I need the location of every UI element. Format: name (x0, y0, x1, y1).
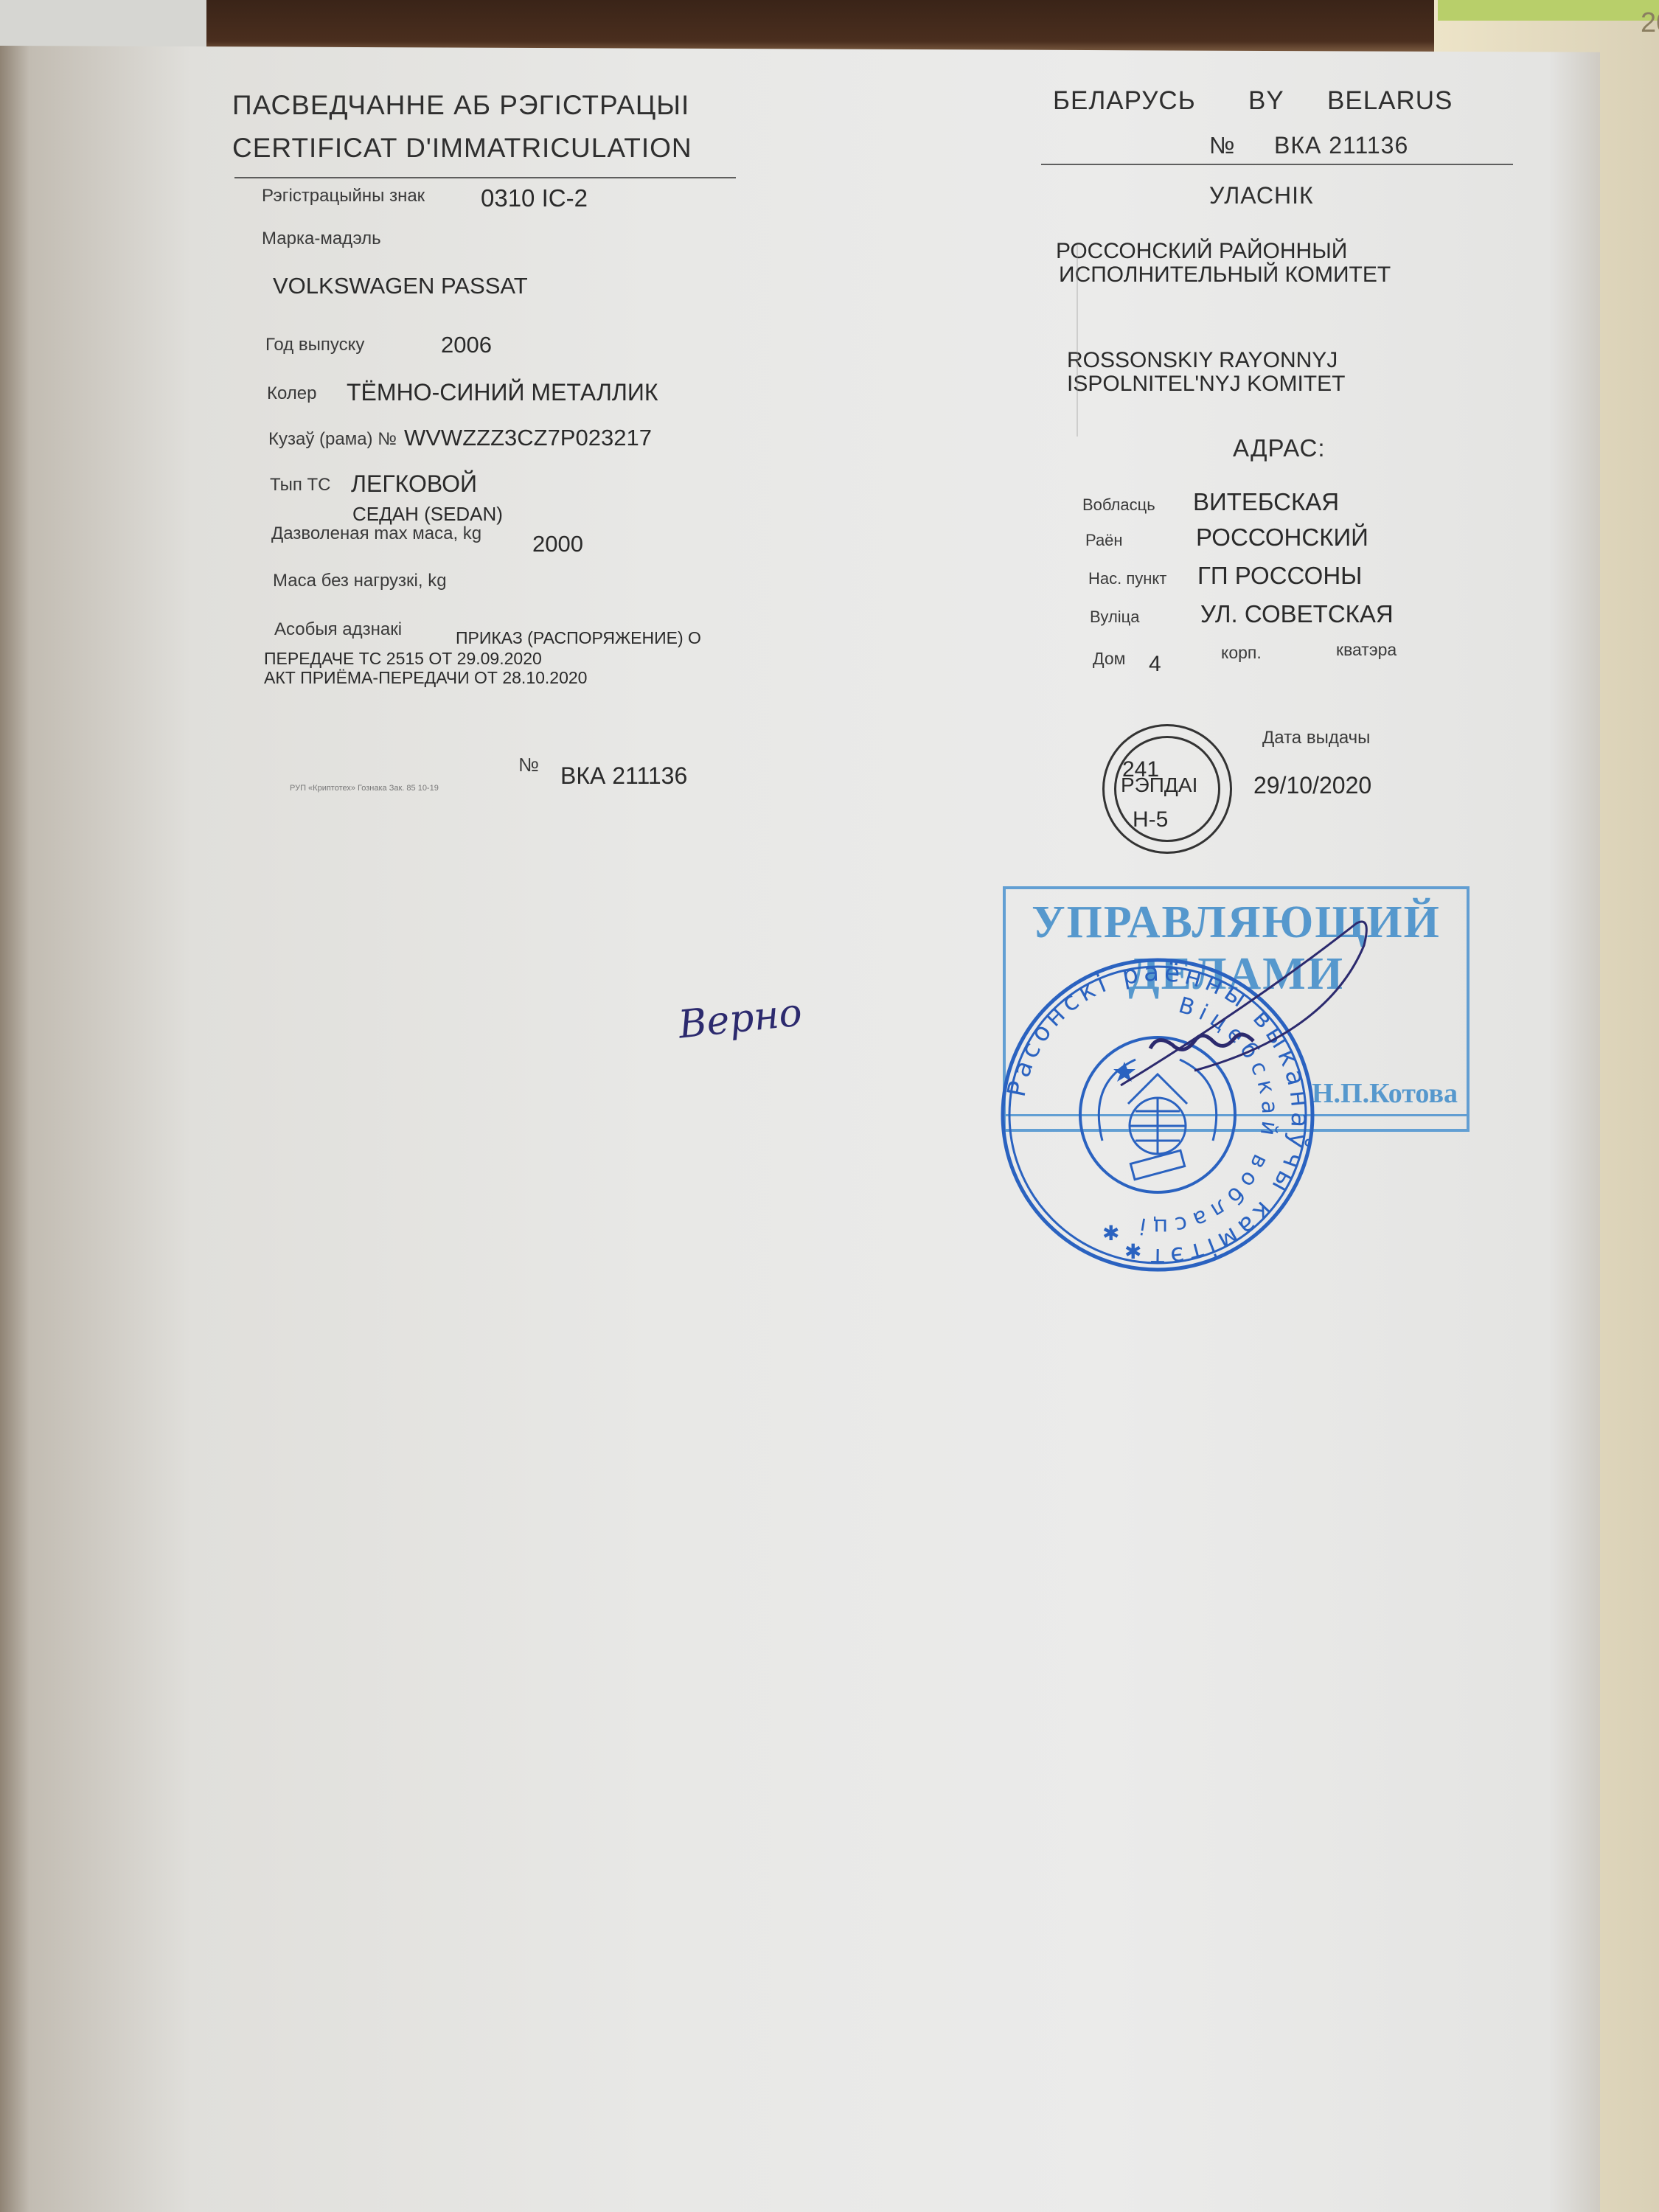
district-label: Раён (1085, 531, 1123, 550)
banknote-number: 20 (1641, 7, 1659, 39)
registry-stamp-office: РЭПДАІ (1121, 773, 1197, 797)
address-heading: АДРАС: (1233, 434, 1326, 462)
vehicle-type-value: ЛЕГКОВОЙ (351, 470, 477, 498)
issue-date-value: 29/10/2020 (1253, 772, 1371, 799)
house-value: 4 (1149, 652, 1161, 677)
seal-star-icon: ✱ (1102, 1222, 1119, 1245)
issue-date-label: Дата выдачы (1262, 728, 1370, 748)
wooden-table (206, 0, 1460, 52)
house-label: Дом (1093, 649, 1125, 669)
year-value: 2006 (441, 332, 492, 358)
building-label: корп. (1221, 643, 1262, 663)
page-crease (1077, 245, 1078, 437)
country-belarusian: БЕЛАРУСЬ (1053, 86, 1196, 116)
owner-name-ru-line-2: ИСПОЛНИТЕЛЬНЫЙ КОМИТЕТ (1059, 262, 1391, 288)
background-surface (0, 0, 214, 52)
street-value: УЛ. СОВЕТСКАЯ (1200, 600, 1394, 628)
footer-document-number: ВКА 211136 (560, 762, 687, 790)
banknote-strip (1438, 0, 1659, 21)
locality-label: Нас. пункт (1088, 569, 1166, 588)
registry-stamp-unit: Н-5 (1133, 807, 1168, 832)
registry-stamp: 241 РЭПДАІ Н-5 (1102, 724, 1232, 854)
vehicle-type-label: Тып ТС (270, 475, 331, 495)
reg-plate-value: 0310 IC-2 (481, 184, 588, 212)
color-label: Колер (267, 383, 317, 404)
country-code: BY (1248, 86, 1284, 116)
owner-name-lat-line-2: ISPOLNITEL'NYJ KOMITET (1067, 372, 1345, 397)
region-label: Вобласць (1082, 495, 1155, 515)
country-english: BELARUS (1327, 86, 1453, 116)
header-divider (234, 177, 736, 178)
document-page: ПАСВЕДЧАННЕ АБ РЭГІСТРАЦЫІ CERTIFICAT D'… (0, 46, 1600, 2212)
make-model-value: VOLKSWAGEN PASSAT (273, 273, 528, 299)
title-french: CERTIFICAT D'IMMATRICULATION (232, 133, 692, 164)
owner-name-ru-line-1: РОССОНСКИЙ РАЙОННЫЙ (1056, 239, 1347, 264)
number-sign: № (1209, 132, 1235, 159)
max-mass-label: Дазволеная max маса, kg (271, 524, 481, 544)
make-model-label: Марка-мадэль (262, 229, 381, 249)
title-belarusian: ПАСВЕДЧАННЕ АБ РЭГІСТРАЦЫІ (232, 90, 689, 121)
region-value: ВИТЕБСКАЯ (1193, 488, 1339, 516)
vehicle-body-type: СЕДАН (SEDAN) (352, 503, 503, 526)
street-label: Вуліца (1090, 608, 1140, 627)
owner-heading: УЛАСНІК (1209, 182, 1314, 209)
seal-star-icon: ✱ (1124, 1240, 1141, 1263)
reg-plate-label: Рэгістрацыйны знак (262, 186, 425, 206)
body-number-label: Кузаў (рама) № (268, 429, 397, 450)
printer-imprint: РУП «Криптотех» Гознака Зак. 85 10-19 (290, 784, 439, 793)
apartment-label: кватэра (1336, 640, 1397, 660)
footer-number-sign: № (518, 754, 539, 776)
special-notes-line-3: АКТ ПРИЁМА-ПЕРЕДАЧИ ОТ 28.10.2020 (264, 668, 587, 688)
locality-value: ГП РОССОНЫ (1197, 562, 1362, 590)
special-notes-line-1: ПРИКАЗ (РАСПОРЯЖЕНИЕ) О (456, 628, 701, 648)
handwritten-certification: Верно (676, 990, 804, 1047)
color-value: ТЁМНО-СИНИЙ МЕТАЛЛИК (347, 379, 658, 406)
document-number: ВКА 211136 (1274, 132, 1408, 159)
body-number-value: WVWZZZ3CZ7P023217 (404, 425, 652, 451)
max-mass-value: 2000 (532, 531, 583, 557)
signature (1106, 916, 1386, 1093)
owner-name-lat-line-1: ROSSONSKIY RAYONNYJ (1067, 348, 1338, 373)
header-divider-right (1041, 164, 1513, 165)
curb-mass-label: Маса без нагрузкі, kg (273, 571, 447, 591)
year-label: Год выпуску (265, 335, 364, 355)
special-notes-line-2: ПЕРЕДАЧЕ ТС 2515 ОТ 29.09.2020 (264, 649, 542, 669)
district-value: РОССОНСКИЙ (1196, 524, 1368, 552)
special-notes-label: Асобыя адзнакі (274, 619, 402, 640)
